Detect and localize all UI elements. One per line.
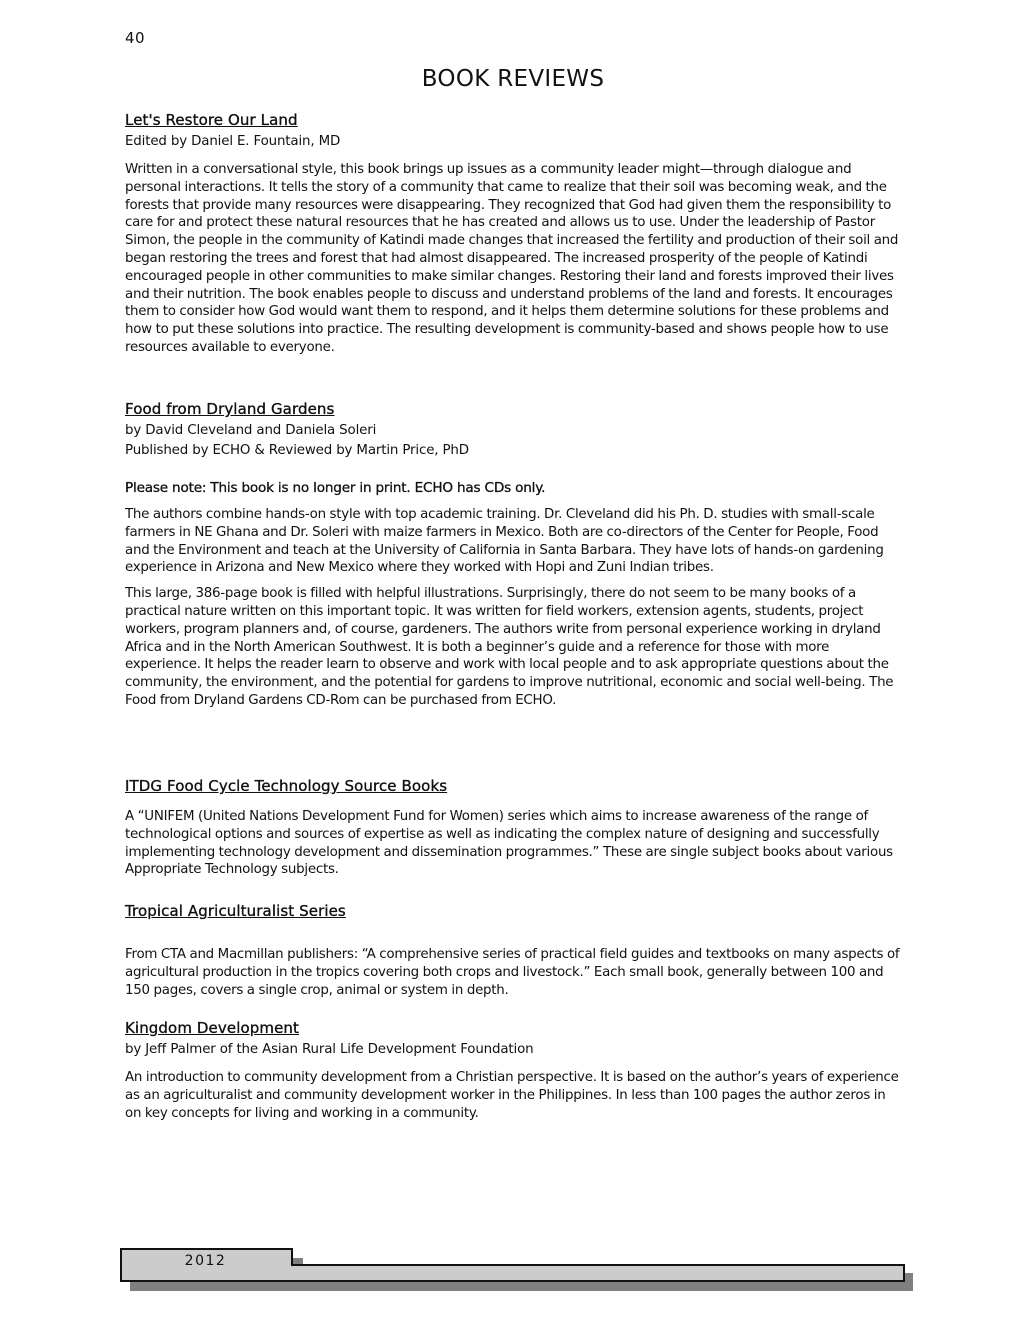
review-title: ITDG Food Cycle Technology Source Books xyxy=(125,774,905,798)
review-authors: by David Cleveland and Daniela Soleri xyxy=(125,421,905,441)
footer-bar xyxy=(291,1264,905,1282)
footer-tab-edge xyxy=(291,1248,293,1266)
review-paragraph: Written in a conversational style, this … xyxy=(125,161,905,357)
review-note: Please note: This book is no longer in p… xyxy=(125,479,905,497)
review-title: Food from Dryland Gardens xyxy=(125,397,905,421)
review-food-from-dryland-gardens: Food from Dryland Gardens by David Cleve… xyxy=(125,397,905,710)
page-number: 40 xyxy=(125,29,145,47)
review-paragraph: The authors combine hands-on style with … xyxy=(125,506,905,577)
review-paragraph: This large, 386-page book is filled with… xyxy=(125,585,905,710)
review-publisher: Published by ECHO & Reviewed by Martin P… xyxy=(125,441,905,461)
footer-bar-join xyxy=(291,1266,295,1280)
review-title: Kingdom Development xyxy=(125,1016,905,1040)
footer-year: 2012 xyxy=(120,1253,291,1269)
review-itdg-food-cycle: ITDG Food Cycle Technology Source Books … xyxy=(125,774,905,879)
review-title: Let's Restore Our Land xyxy=(125,108,905,132)
page-title-text: BOOK REVIEWS xyxy=(422,66,604,92)
footer-shadow xyxy=(130,1280,913,1291)
review-paragraph: A “UNIFEM (United Nations Development Fu… xyxy=(125,808,905,879)
footer-tab xyxy=(120,1248,293,1282)
review-tropical-agriculturalist: Tropical Agriculturalist Series From CTA… xyxy=(125,899,905,999)
review-paragraph: An introduction to community development… xyxy=(125,1069,905,1122)
review-author: by Jeff Palmer of the Asian Rural Life D… xyxy=(125,1040,905,1060)
review-title: Tropical Agriculturalist Series xyxy=(125,899,905,923)
footer-shadow-edge xyxy=(904,1273,913,1291)
review-kingdom-development: Kingdom Development by Jeff Palmer of th… xyxy=(125,1016,905,1122)
review-paragraph: From CTA and Macmillan publishers: “A co… xyxy=(125,946,905,999)
footer-notch xyxy=(293,1258,303,1264)
page-title: BOOK REVIEWS xyxy=(0,66,1024,92)
review-editor: Edited by Daniel E. Fountain, MD xyxy=(125,132,905,152)
review-lets-restore-our-land: Let's Restore Our Land Edited by Daniel … xyxy=(125,108,905,357)
